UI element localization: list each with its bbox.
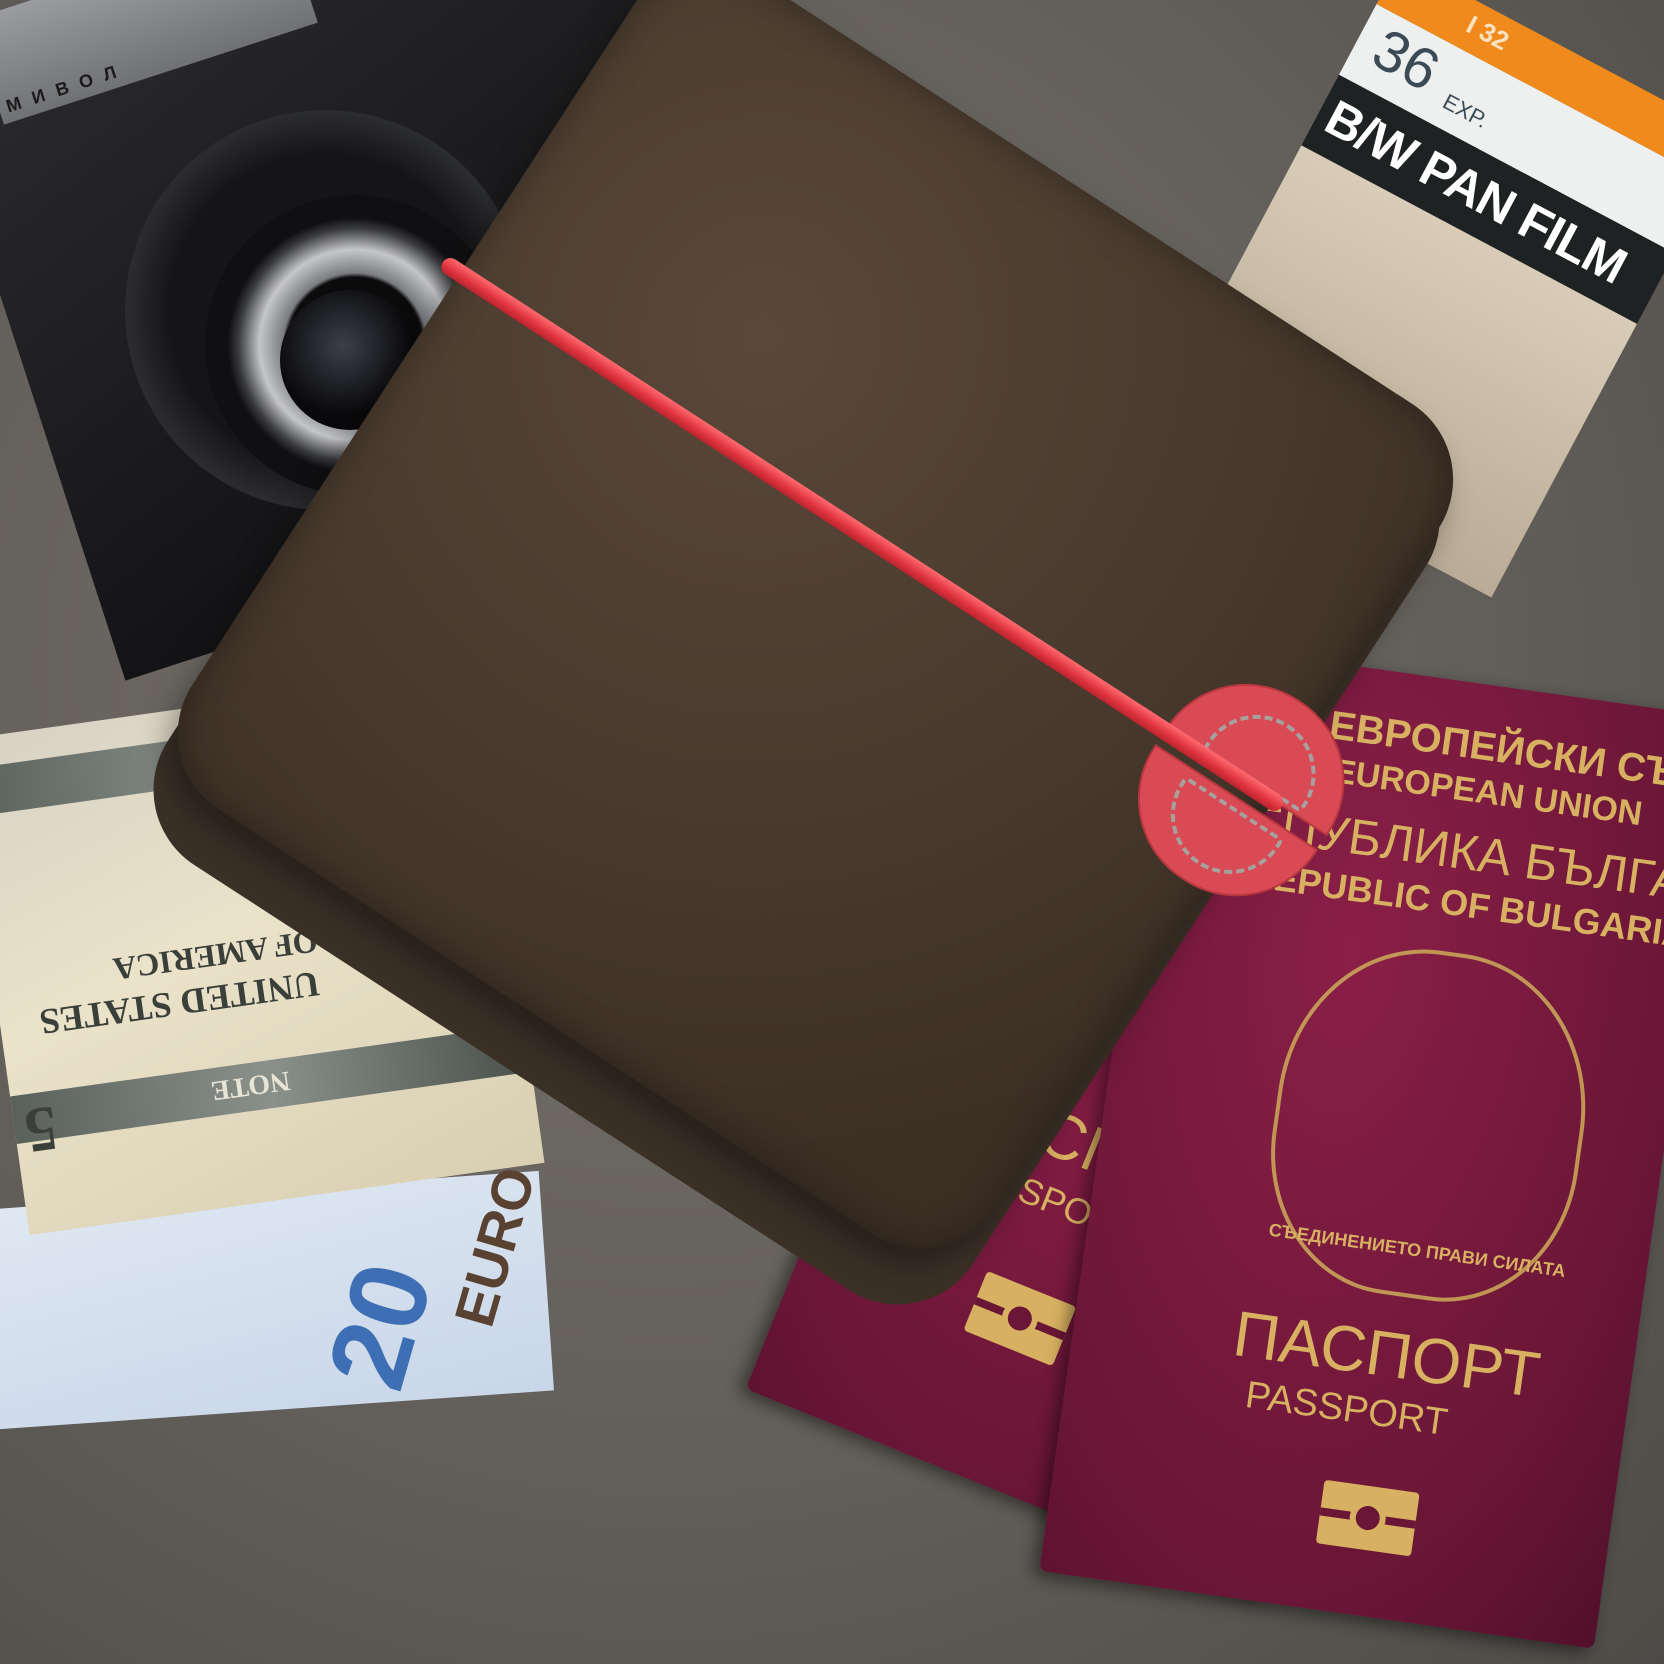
euro-denomination: 20 — [302, 1250, 458, 1403]
biometric-chip-icon — [963, 1271, 1076, 1366]
biometric-chip-icon — [1316, 1480, 1420, 1557]
euro-word: EURO — [441, 1160, 548, 1333]
